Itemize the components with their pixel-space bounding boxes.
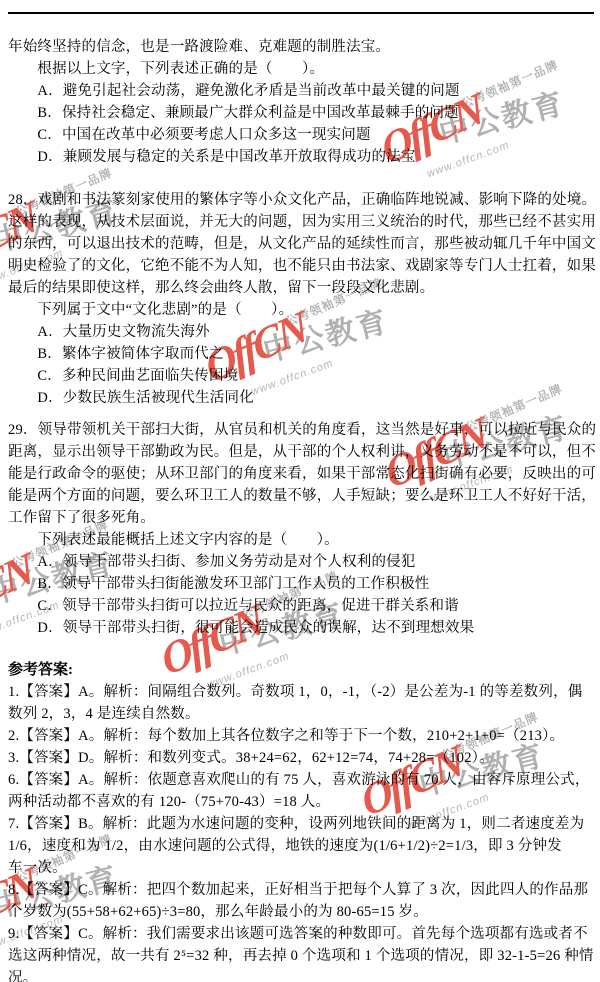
text-line: 能是两个方面的问题，要么环卫工人的数量不够，人手短缺；要么是环卫工人不好好干活， <box>8 485 596 507</box>
text-line: 29．领导带领机关干部扫大街，从官员和机关的角度看，这当然是好事，可以拉近与民众… <box>8 419 596 441</box>
text-line: 距离，显示出领导干部勤政为民。但是，从干部的个人权利讲，义务劳动不是不可以，但不 <box>8 441 596 463</box>
text-line: B．保持社会稳定、兼顾最广大群众利益是中国改革最棘手的问题 <box>8 102 596 124</box>
page-top-divider <box>8 12 594 14</box>
text-line: 2.【答案】A。解析：每个数加上其各位数字之和等于下一个数，210+2+1+0=… <box>8 725 596 747</box>
text-line: 根据以上文字，下列表述正确的是（ ）。 <box>8 58 596 80</box>
text-line: C．中国在改革中必须要考虑人口众多这一现实问题 <box>8 124 596 146</box>
text-line: 8.【答案】C。解析：把四个数加起来，正好相当于把每个人算了 3 次，因此四人的… <box>8 879 596 901</box>
text-line: 年始终坚持的信念，也是一路渡险难、克难题的制胜法宝。 <box>8 36 596 58</box>
text-line: 下列表述最能概括上述文字内容的是（ ）。 <box>8 529 596 551</box>
document-page: 公考领袖第一品牌 中公教育 OffCN www.offcn.com 公考领袖第一… <box>0 0 600 982</box>
text-line: A．大量历史文物流失海外 <box>8 321 596 343</box>
text-line: 1/6，速度和为 1/2，由水速问题的公式得，地铁的速度为(1/6+1/2)÷2… <box>8 835 596 857</box>
text-line: 这样的表现，从技术层面说，并无大的问题，因为实用三义统治的时代，那些已经不甚实用 <box>8 211 596 233</box>
text-line: 7.【答案】B。解析：此题为水速问题的变种，设两列地铁间的距离为 1，则二者速度… <box>8 813 596 835</box>
text-line: A．领导干部带头扫街、参加义务劳动是对个人权利的侵犯 <box>8 551 596 573</box>
answers-block: 1.【答案】A。解析：间隔组合数列。奇数项 1，0，-1，（-2）是公差为-1 … <box>8 681 596 982</box>
text-line: D．兼顾发展与稳定的关系是中国改革开放取得成功的法宝 <box>8 146 596 168</box>
text-line: 1.【答案】A。解析：间隔组合数列。奇数项 1，0，-1，（-2）是公差为-1 … <box>8 681 596 703</box>
text-line: 两种活动都不喜欢的有 120-（75+70-43）=18 人。 <box>8 791 596 813</box>
question-27-block: 年始终坚持的信念，也是一路渡险难、克难题的制胜法宝。 根据以上文字，下列表述正确… <box>8 36 596 168</box>
text-line: 车一次。 <box>8 857 596 879</box>
text-line: 况。 <box>8 967 596 982</box>
text-line: 28．戏剧和书法篆刻家使用的繁体字等小众文化产品，正确临阵地锐减、影响下降的处境… <box>8 189 596 211</box>
text-line: B．繁体字被简体字取而代之 <box>8 343 596 365</box>
text-line: 的东西，可以退出技术的范畴，但是，从文化产品的延续性而言，那些被动辄几千年中国文 <box>8 233 596 255</box>
text-line: C．领导干部带头扫街可以拉近与民众的距离，促进干群关系和谐 <box>8 595 596 617</box>
text-line: 工作留下了很多死角。 <box>8 507 596 529</box>
text-line: 3.【答案】D。解析：和数列变式。38+24=62，62+12=74，74+28… <box>8 747 596 769</box>
text-line: 个岁数为(55+58+62+65)÷3=80，那么年龄最小的为 80-65=15… <box>8 901 596 923</box>
text-line: 数列 2，3，4 是连续自然数。 <box>8 703 596 725</box>
text-line: D．少数民族生活被现代生活同化 <box>8 387 596 409</box>
text-line: 选这两种情况，故一共有 2⁵=32 种，再去掉 0 个选项和 1 个选项的情况，… <box>8 945 596 967</box>
text-line: 明史检验了的文化，它绝不能不为人知，也不能只由书法家、戏剧家等专门人士扛着，如果 <box>8 255 596 277</box>
question-28-block: 28．戏剧和书法篆刻家使用的繁体字等小众文化产品，正确临阵地锐减、影响下降的处境… <box>8 189 596 409</box>
text-line: B．领导干部带头扫街能激发环卫部门工作人员的工作积极性 <box>8 573 596 595</box>
text-line: 下列属于文中“文化悲剧”的是（ ）。 <box>8 299 596 321</box>
text-line: C．多种民间曲艺面临失传困境 <box>8 365 596 387</box>
reference-answers-heading: 参考答案: <box>8 659 73 681</box>
text-line: 最后的结果即使这样，那么终会曲终人散，留下一段段文化悲剧。 <box>8 277 596 299</box>
text-line: A．避免引起社会动荡，避免激化矛盾是当前改革中最关键的问题 <box>8 80 596 102</box>
text-line: 6.【答案】A。解析：依题意喜欢爬山的有 75 人，喜欢游泳的有 70 人，由容… <box>8 769 596 791</box>
text-line: 能是行政命令的驱使；从环卫部门的角度来看，如果干部常态化扫街确有必要，反映出的可 <box>8 463 596 485</box>
text-line: D．领导干部带头扫街，很可能会造成民众的误解，达不到理想效果 <box>8 617 596 639</box>
text-line: 9.【答案】C。解析：我们需要求出该题可选答案的种数即可。首先每个选项都有选或者… <box>8 923 596 945</box>
question-29-block: 29．领导带领机关干部扫大街，从官员和机关的角度看，这当然是好事，可以拉近与民众… <box>8 419 596 639</box>
